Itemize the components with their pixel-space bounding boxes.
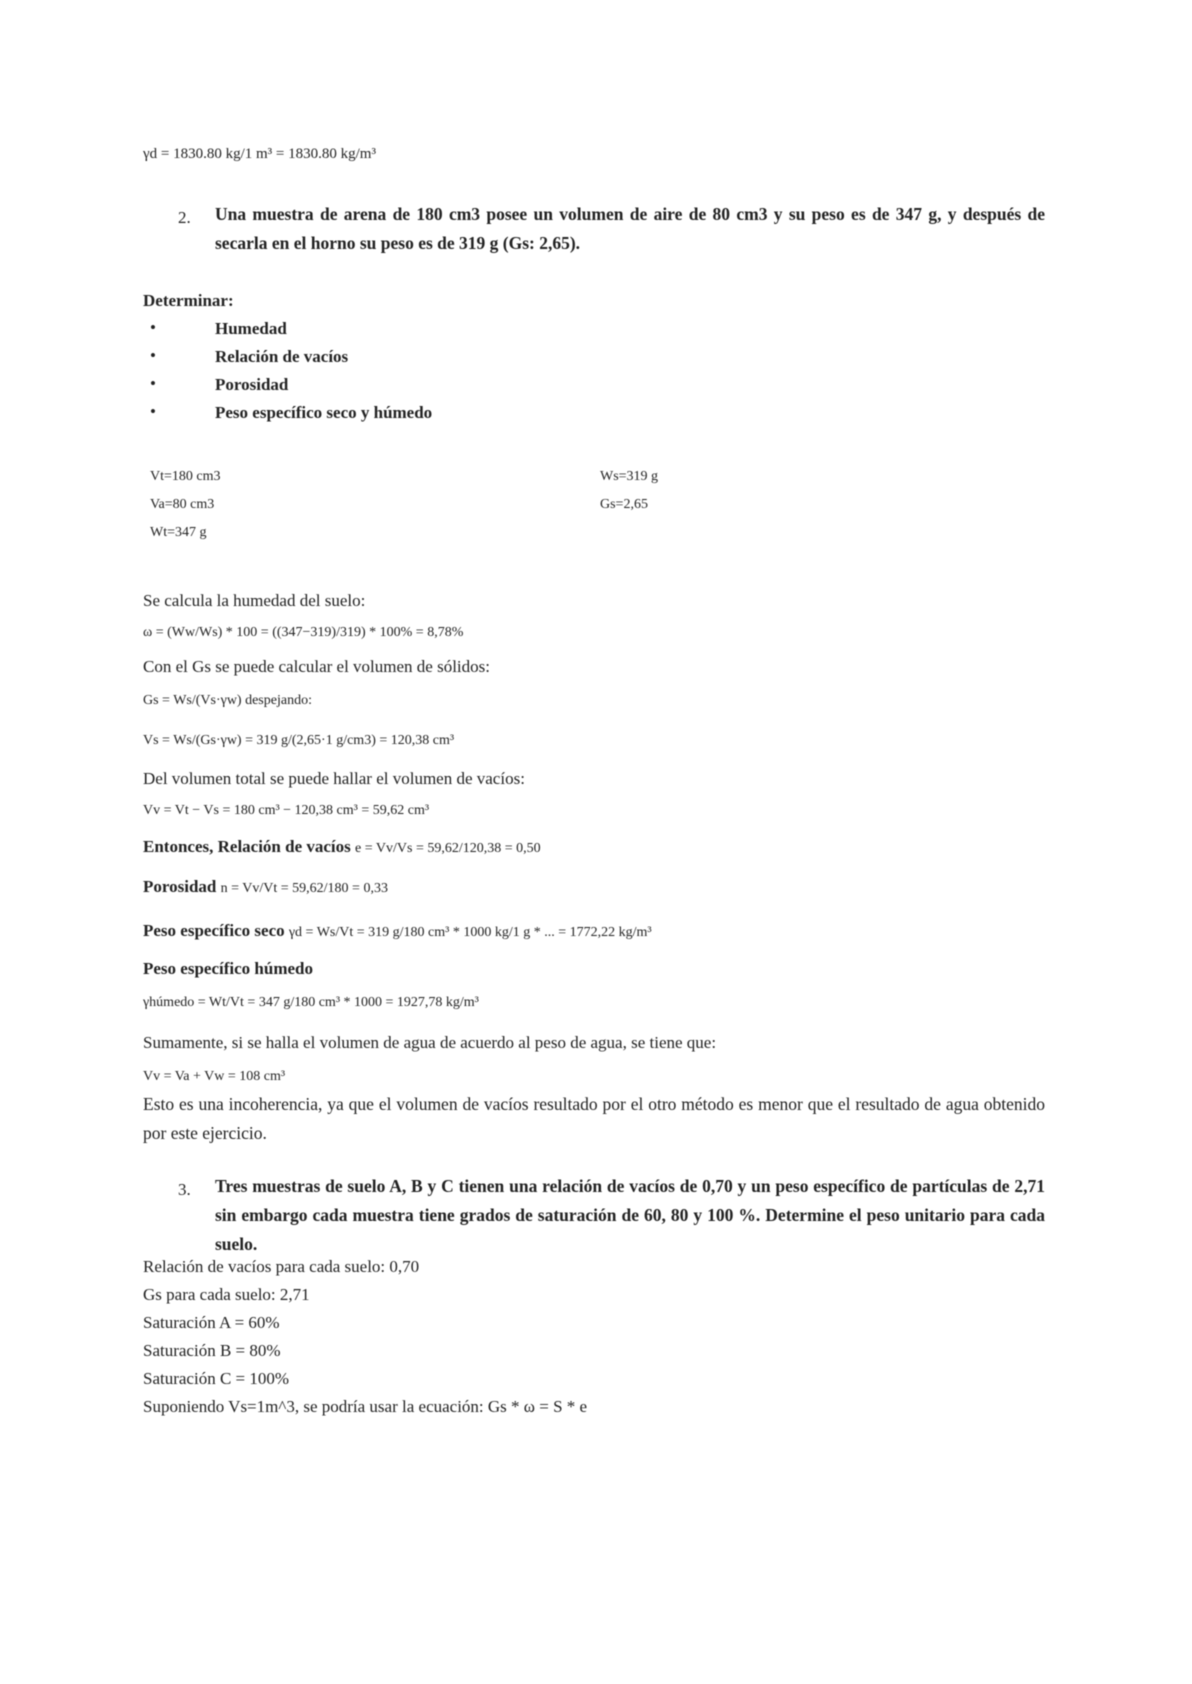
- formula: Vv = Vt − Vs = 180 cm³ − 120,38 cm³ = 59…: [143, 800, 429, 822]
- formula: ω = (Ww/Ws) * 100 = ((347−319)/319) * 10…: [143, 622, 463, 644]
- answer-line: Saturación B = 80%: [143, 1340, 281, 1362]
- formula: n = Vv/Vt = 59,62/180 = 0,33: [221, 881, 388, 896]
- data-value: Ws=319 g: [600, 466, 658, 488]
- determine-label: Determinar:: [143, 290, 234, 312]
- data-value: Gs=2,65: [600, 494, 648, 516]
- void-ratio-line: Entonces, Relación de vacíos e = Vv/Vs =…: [143, 836, 541, 860]
- data-value: Wt=347 g: [150, 522, 207, 544]
- formula: γhúmedo = Wt/Vt = 347 g/180 cm³ * 1000 =…: [143, 992, 479, 1014]
- step-text: Del volumen total se puede hallar el vol…: [143, 768, 525, 790]
- formula: Vv = Va + Vw = 108 cm³: [143, 1066, 285, 1088]
- bullet-icon: •: [150, 346, 156, 366]
- data-value: Va=80 cm3: [150, 494, 214, 516]
- step-text: Con el Gs se puede calcular el volumen d…: [143, 656, 490, 678]
- document-page: γd = 1830.80 kg/1 m³ = 1830.80 kg/m³ 2. …: [0, 0, 1192, 1684]
- answer-line: Relación de vacíos para cada suelo: 0,70: [143, 1256, 419, 1278]
- answer-line: Gs para cada suelo: 2,71: [143, 1284, 310, 1306]
- problem-number: 2.: [178, 208, 191, 228]
- bullet-icon: •: [150, 318, 156, 338]
- top-formula: γd = 1830.80 kg/1 m³ = 1830.80 kg/m³: [143, 143, 376, 165]
- wet-weight-label: Peso específico húmedo: [143, 958, 313, 980]
- bullet-icon: •: [150, 374, 156, 394]
- note-text: Esto es una incoherencia, ya que el volu…: [143, 1090, 1045, 1148]
- problem-statement: Una muestra de arena de 180 cm3 posee un…: [215, 200, 1045, 258]
- formula: γd = Ws/Vt = 319 g/180 cm³ * 1000 kg/1 g…: [289, 925, 652, 940]
- item: Porosidad: [215, 374, 288, 396]
- dry-weight-line: Peso específico seco γd = Ws/Vt = 319 g/…: [143, 920, 652, 944]
- step-text: Se calcula la humedad del suelo:: [143, 590, 365, 612]
- note-text: Sumamente, si se halla el volumen de agu…: [143, 1032, 716, 1054]
- dry-weight-label: Peso específico seco: [143, 921, 285, 940]
- problem-number: 3.: [178, 1180, 191, 1200]
- item: Relación de vacíos: [215, 346, 348, 368]
- problem-statement: Tres muestras de suelo A, B y C tienen u…: [215, 1172, 1045, 1259]
- formula: e = Vv/Vs = 59,62/120,38 = 0,50: [355, 841, 541, 856]
- void-ratio-label: Entonces, Relación de vacíos: [143, 837, 351, 856]
- formula: Vs = Ws/(Gs·γw) = 319 g/(2,65·1 g/cm3) =…: [143, 730, 454, 752]
- data-value: Vt=180 cm3: [150, 466, 221, 488]
- item: Humedad: [215, 318, 287, 340]
- item: Peso específico seco y húmedo: [215, 402, 432, 424]
- answer-line: Suponiendo Vs=1m^3, se podría usar la ec…: [143, 1396, 587, 1418]
- answer-line: Saturación A = 60%: [143, 1312, 280, 1334]
- porosity-label: Porosidad: [143, 877, 216, 896]
- bullet-icon: •: [150, 402, 156, 422]
- porosity-line: Porosidad n = Vv/Vt = 59,62/180 = 0,33: [143, 876, 388, 900]
- answer-line: Saturación C = 100%: [143, 1368, 289, 1390]
- formula: Gs = Ws/(Vs·γw) despejando:: [143, 690, 312, 712]
